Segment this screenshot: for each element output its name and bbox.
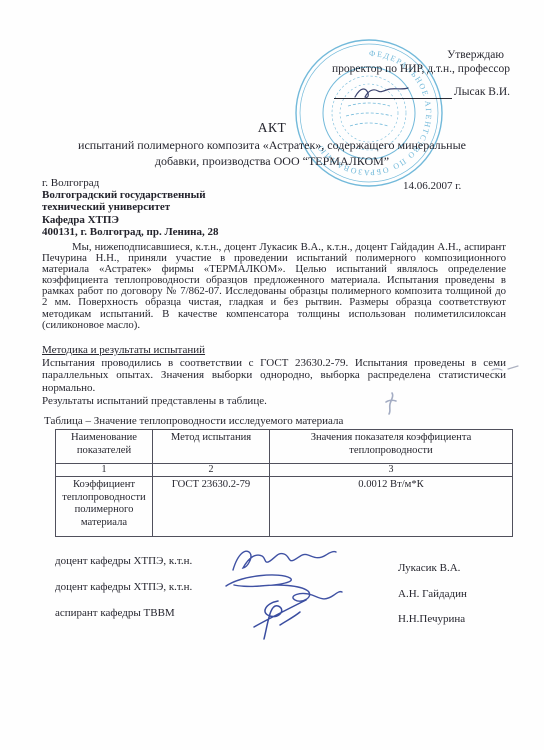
approval-name: Лысак В.И.: [454, 85, 510, 99]
subtitle-line-2: добавки, производства ООО “ТЕРМАЛКОМ”: [0, 154, 544, 170]
table-column-number-row: 1 2 3: [56, 464, 513, 477]
document-subtitle: испытаний полимерного композита «Астрате…: [0, 138, 544, 169]
signature-scribble-lukasik-icon: [228, 543, 340, 575]
address-line: г. Волгоград: [42, 177, 219, 189]
approval-word: Утверждаю: [274, 48, 510, 62]
approval-signature-scribble-icon: [352, 84, 410, 100]
methods-paragraph: Испытания проводились в соответствии с Г…: [42, 357, 506, 394]
document-heading: АКТ: [0, 120, 544, 136]
approval-block: Утверждаю проректор по НИР, д.т.н., проф…: [274, 48, 510, 99]
subtitle-line-1: испытаний полимерного композита «Астрате…: [0, 138, 544, 154]
table-header-cell: Значения показателя коэффициента теплопр…: [270, 430, 513, 464]
address-line: Кафедра ХТПЭ: [42, 214, 219, 226]
approval-signature-line: [334, 82, 452, 99]
table-caption: Таблица – Значение теплопроводности иссл…: [44, 415, 343, 427]
table-cell-method: ГОСТ 23630.2-79: [153, 477, 270, 537]
column-number: 1: [56, 464, 153, 477]
table-cell-value: 0.0012 Вт/м*К: [270, 477, 513, 537]
signer-position: доцент кафедры ХТПЭ, к.т.н.: [55, 581, 192, 593]
signer-name: Н.Н.Печурина: [398, 613, 465, 625]
title-block: АКТ испытаний полимерного композита «Аст…: [0, 120, 544, 169]
signer-name: А.Н. Гайдадин: [398, 588, 467, 600]
signature-scribble-gaydadin-icon: [220, 570, 345, 610]
methods-heading: Методика и результаты испытаний: [42, 344, 205, 356]
results-table: Наименование показателей Метод испытания…: [55, 429, 513, 537]
table-header-cell: Наименование показателей: [56, 430, 153, 464]
address-line: технический университет: [42, 201, 219, 213]
organization-address: г. Волгоград Волгоградский государственн…: [42, 177, 219, 238]
scanned-act-document: Утверждаю проректор по НИР, д.т.н., проф…: [0, 0, 544, 750]
address-line: 400131, г. Волгоград, пр. Ленина, 28: [42, 226, 219, 238]
table-header-cell: Метод испытания: [153, 430, 270, 464]
column-number: 2: [153, 464, 270, 477]
approval-signature-row: Лысак В.И.: [274, 82, 510, 99]
signer-position: доцент кафедры ХТПЭ, к.т.н.: [55, 555, 192, 567]
table-header-row: Наименование показателей Метод испытания…: [56, 430, 513, 464]
address-line: Волгоградский государственный: [42, 189, 219, 201]
signer-name: Лукасик В.А.: [398, 562, 460, 574]
document-date: 14.06.2007 г.: [403, 180, 461, 192]
table-row: Коэффициент теплопроводности полимерного…: [56, 477, 513, 537]
approval-position: проректор по НИР, д.т.н., профессор: [274, 62, 510, 76]
signer-position: аспирант кафедры ТВВМ: [55, 607, 175, 619]
main-paragraph: Мы, нижеподписавшиеся, к.т.н., доцент Лу…: [42, 242, 506, 331]
results-note: Результаты испытаний представлены в табл…: [42, 395, 267, 407]
table-cell-indicator: Коэффициент теплопроводности полимерного…: [56, 477, 153, 537]
signature-scribble-pechurina-icon: [246, 595, 312, 643]
column-number: 3: [270, 464, 513, 477]
